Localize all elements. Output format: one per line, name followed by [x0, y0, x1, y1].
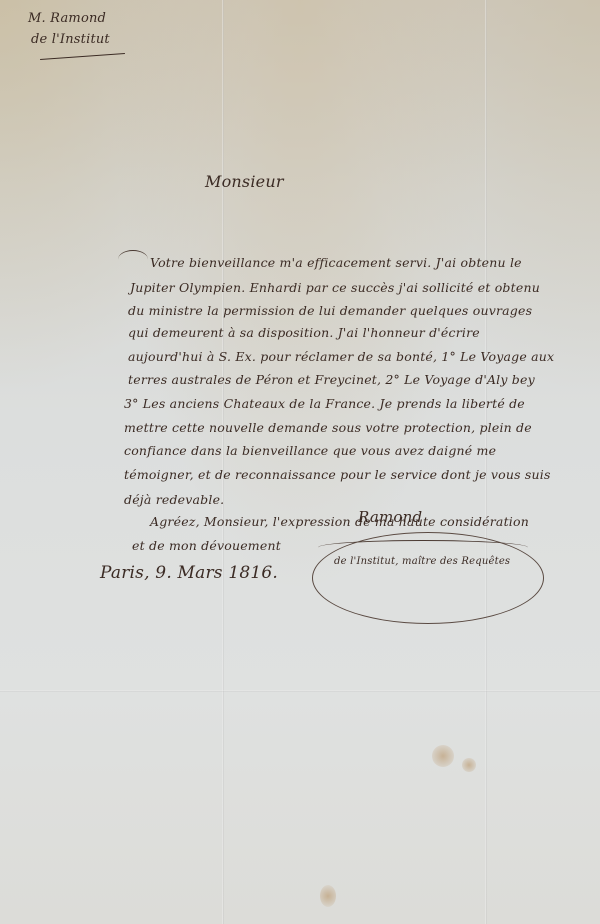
body-line: Jupiter Olympien. Enhardi par ce succès … [130, 280, 540, 295]
paper-fold-horizontal [0, 690, 600, 692]
header-annotation: M. Ramond de l'Institut [28, 8, 125, 57]
body-line: confiance dans la bienveillance que vous… [124, 443, 496, 458]
body-line: aujourd'hui à S. Ex. pour réclamer de sa… [128, 349, 554, 364]
salutation: Monsieur [205, 172, 284, 191]
signature-paraph-oval [312, 532, 544, 624]
place-date: Paris, 9. Mars 1816. [100, 563, 278, 583]
header-underline [40, 53, 125, 60]
body-line: 3° Les anciens Chateaux de la France. Je… [124, 396, 525, 411]
opening-flourish [118, 250, 148, 269]
paper-fold-left [222, 0, 224, 924]
signature: Ramond [358, 508, 422, 526]
body-line: mettre cette nouvelle demande sous votre… [124, 420, 532, 435]
body-line: déjà redevable. [124, 492, 224, 507]
body-line: du ministre la permission de lui demande… [128, 303, 532, 318]
signatory-title: de l'Institut, maître des Requêtes [334, 556, 510, 567]
body-line: Votre bienveillance m'a efficacement ser… [150, 255, 522, 270]
letter-page: M. Ramond de l'Institut Monsieur Votre b… [0, 0, 600, 924]
body-line: terres australes de Péron et Freycinet, … [128, 372, 535, 387]
closing-line: Agréez, Monsieur, l'expression de ma hau… [150, 514, 529, 529]
foxing-stain [432, 745, 454, 767]
paper-fold-right [485, 0, 487, 924]
body-line: qui demeurent à sa disposition. J'ai l'h… [128, 325, 480, 340]
header-annotation-line1: M. Ramond [28, 8, 125, 29]
foxing-stain [320, 885, 336, 907]
body-line: témoigner, et de reconnaissance pour le … [124, 467, 551, 482]
header-annotation-line2: de l'Institut [31, 29, 125, 50]
foxing-stain [462, 758, 476, 772]
closing-line: et de mon dévouement [132, 538, 281, 553]
